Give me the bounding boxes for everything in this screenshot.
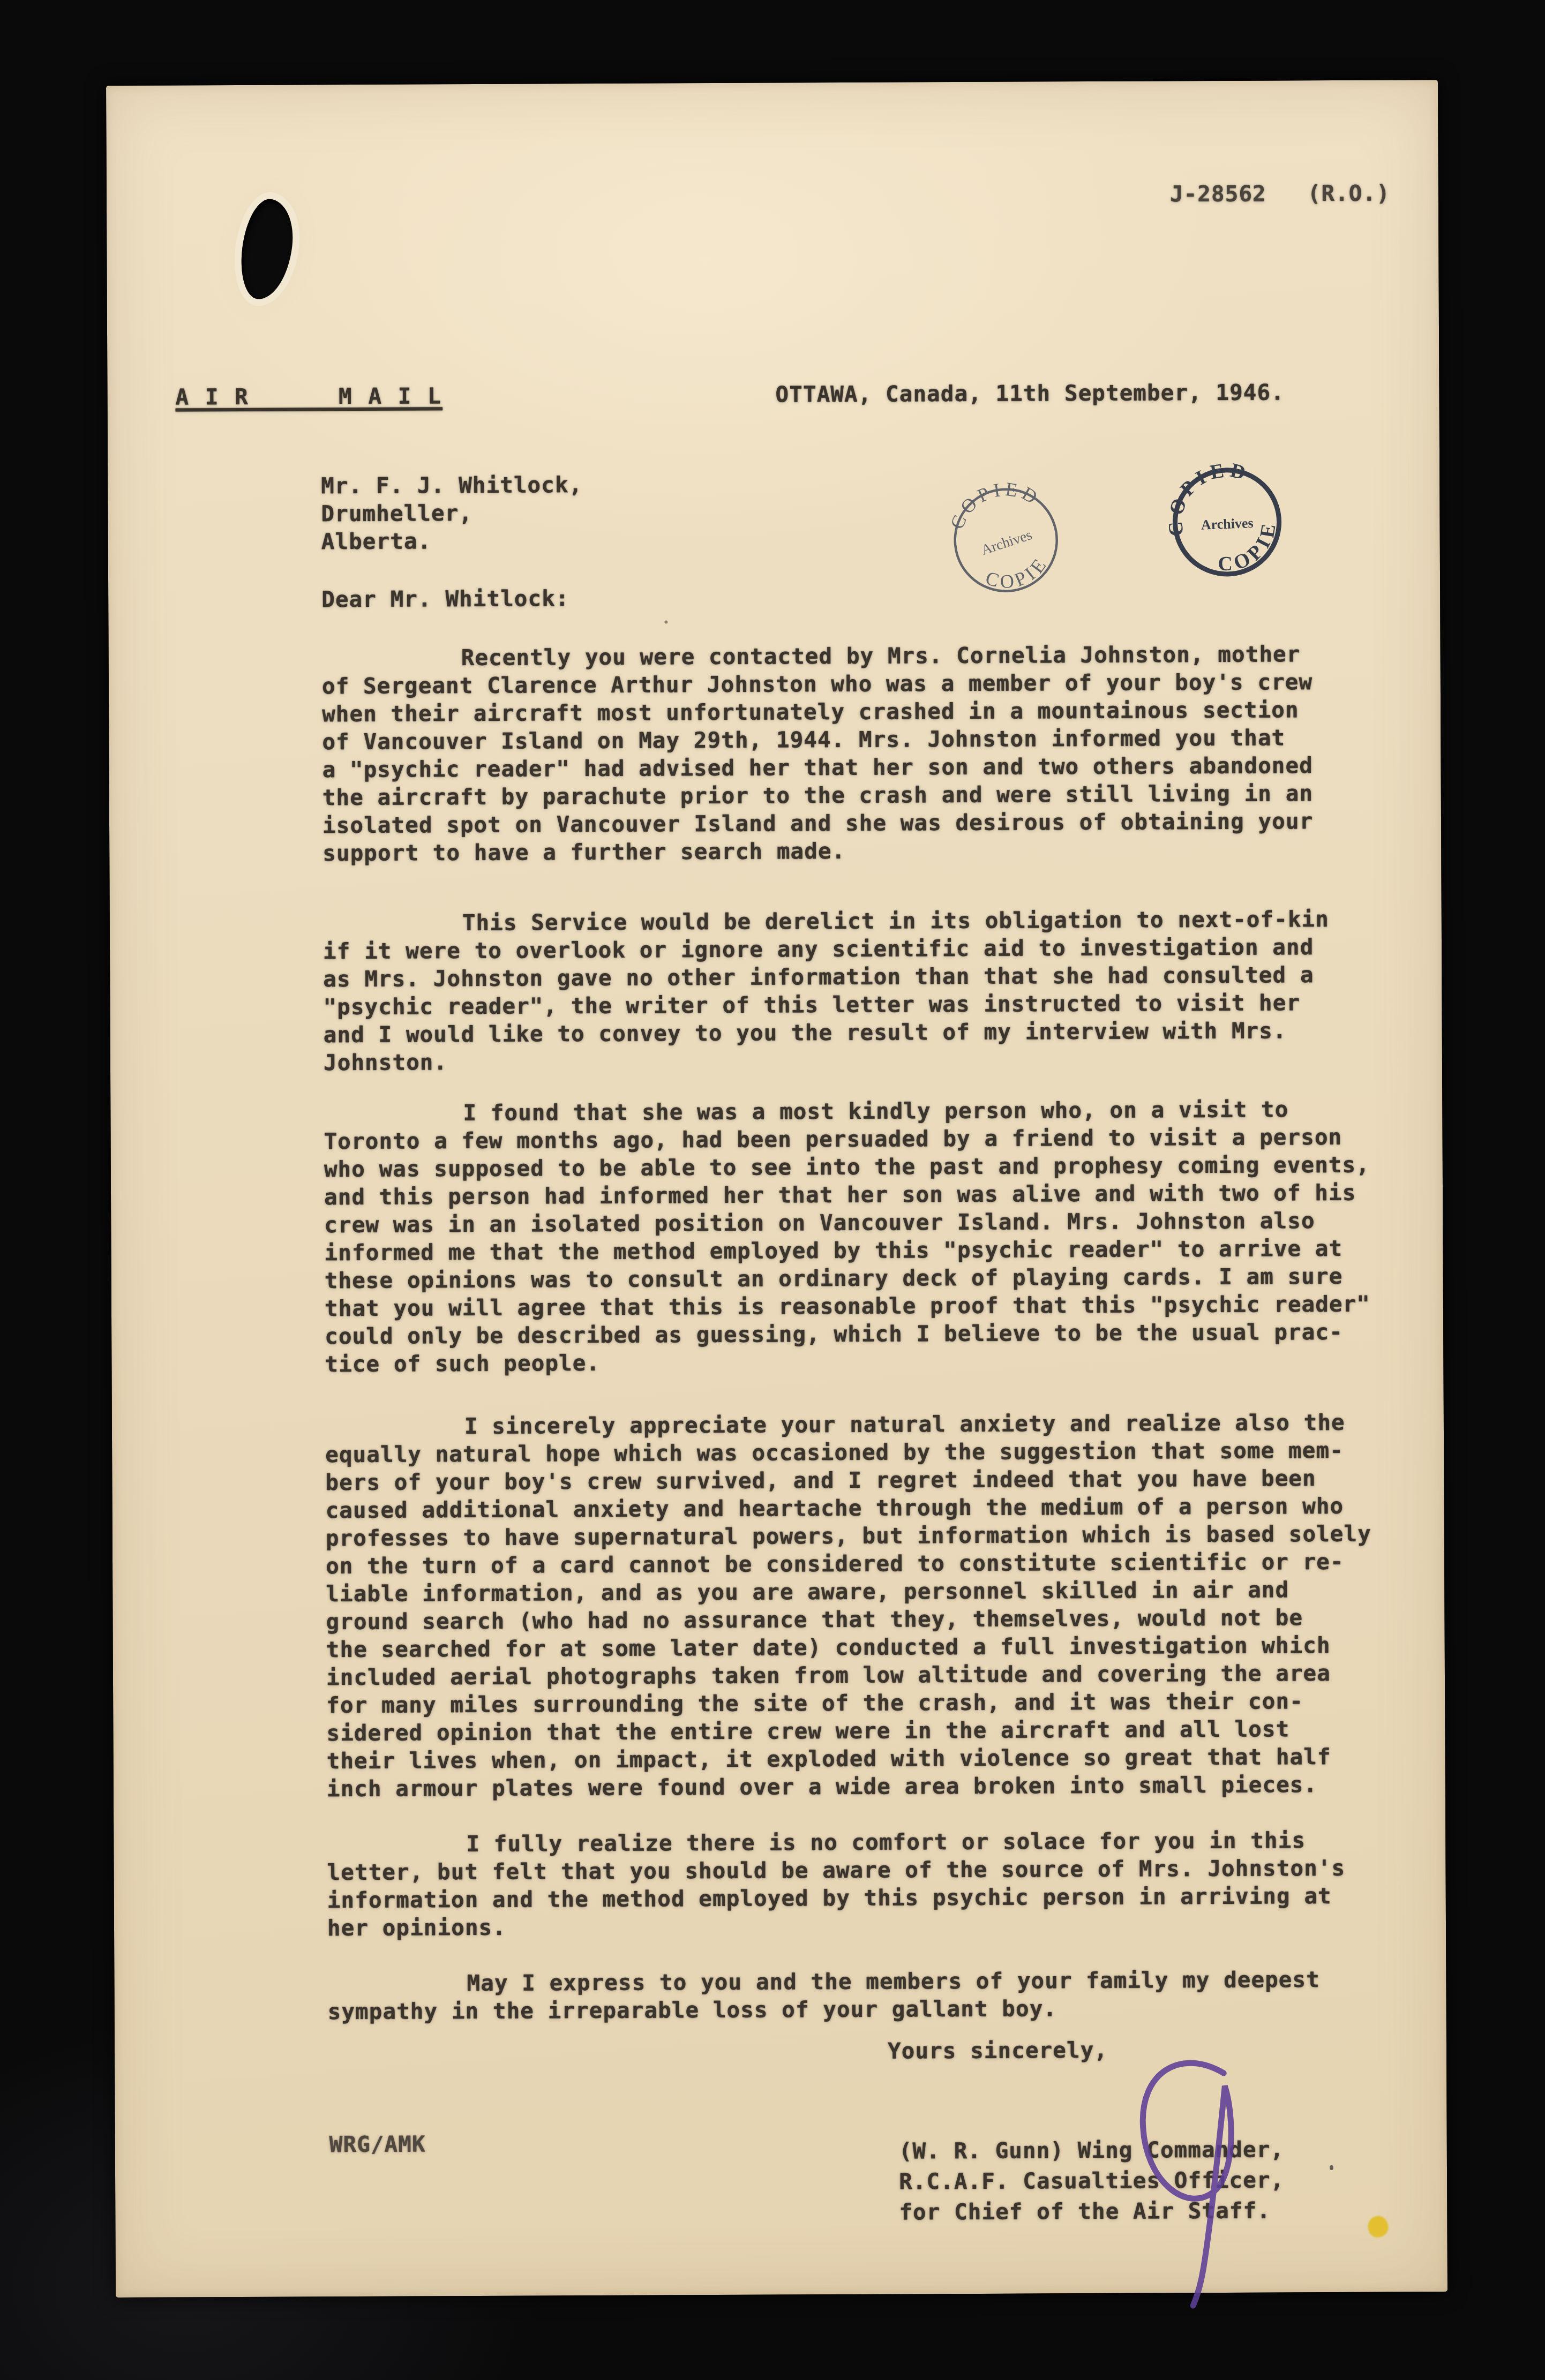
dateline: OTTAWA, Canada, 11th September, 1946.: [775, 378, 1285, 408]
stamp-left-top-text: COPIED: [937, 465, 1049, 538]
paper-speck: [1330, 2165, 1333, 2170]
svg-text:COPIED: COPIED: [937, 465, 1049, 538]
copied-archives-stamp-left: COPIED Archives COPIE: [931, 465, 1081, 615]
stamp-right-middle-text: Archives: [1201, 515, 1254, 533]
copied-archives-stamp-right: COPIED Archives COPIE: [1141, 436, 1313, 608]
letter-paragraph-6: May I express to you and the members of …: [327, 1965, 1415, 2025]
stamp-left-middle-text: Archives: [979, 526, 1034, 558]
letter-paragraph-5: I fully realize there is no comfort or s…: [327, 1826, 1415, 1942]
scanner-background: J-28562 (R.O.) A I R M A I L OTTAWA, Can…: [0, 0, 1545, 2380]
paper-speck: [664, 620, 667, 623]
letter-paragraph-3: I found that she was a most kindly perso…: [324, 1095, 1412, 1378]
recipient-address: Mr. F. J. Whitlock, Drumheller, Alberta.: [321, 471, 583, 555]
handwritten-signature-stroke: [1025, 2041, 1251, 2342]
file-reference-number: J-28562 (R.O.): [1170, 179, 1390, 208]
airmail-label: A I R M A I L: [175, 382, 442, 411]
letter-paper: J-28562 (R.O.) A I R M A I L OTTAWA, Can…: [106, 80, 1447, 2298]
letter-paragraph-4: I sincerely appreciate your natural anxi…: [325, 1408, 1414, 1803]
yellow-spot: [1368, 2216, 1388, 2238]
letter-paragraph-1: Recently you were contacted by Mrs. Corn…: [322, 639, 1411, 867]
typist-initials: WRG/AMK: [329, 2130, 426, 2158]
salutation: Dear Mr. Whitlock:: [321, 584, 569, 613]
letter-paragraph-2: This Service would be derelict in its ob…: [323, 905, 1411, 1076]
punch-hole-tear: [237, 197, 297, 303]
